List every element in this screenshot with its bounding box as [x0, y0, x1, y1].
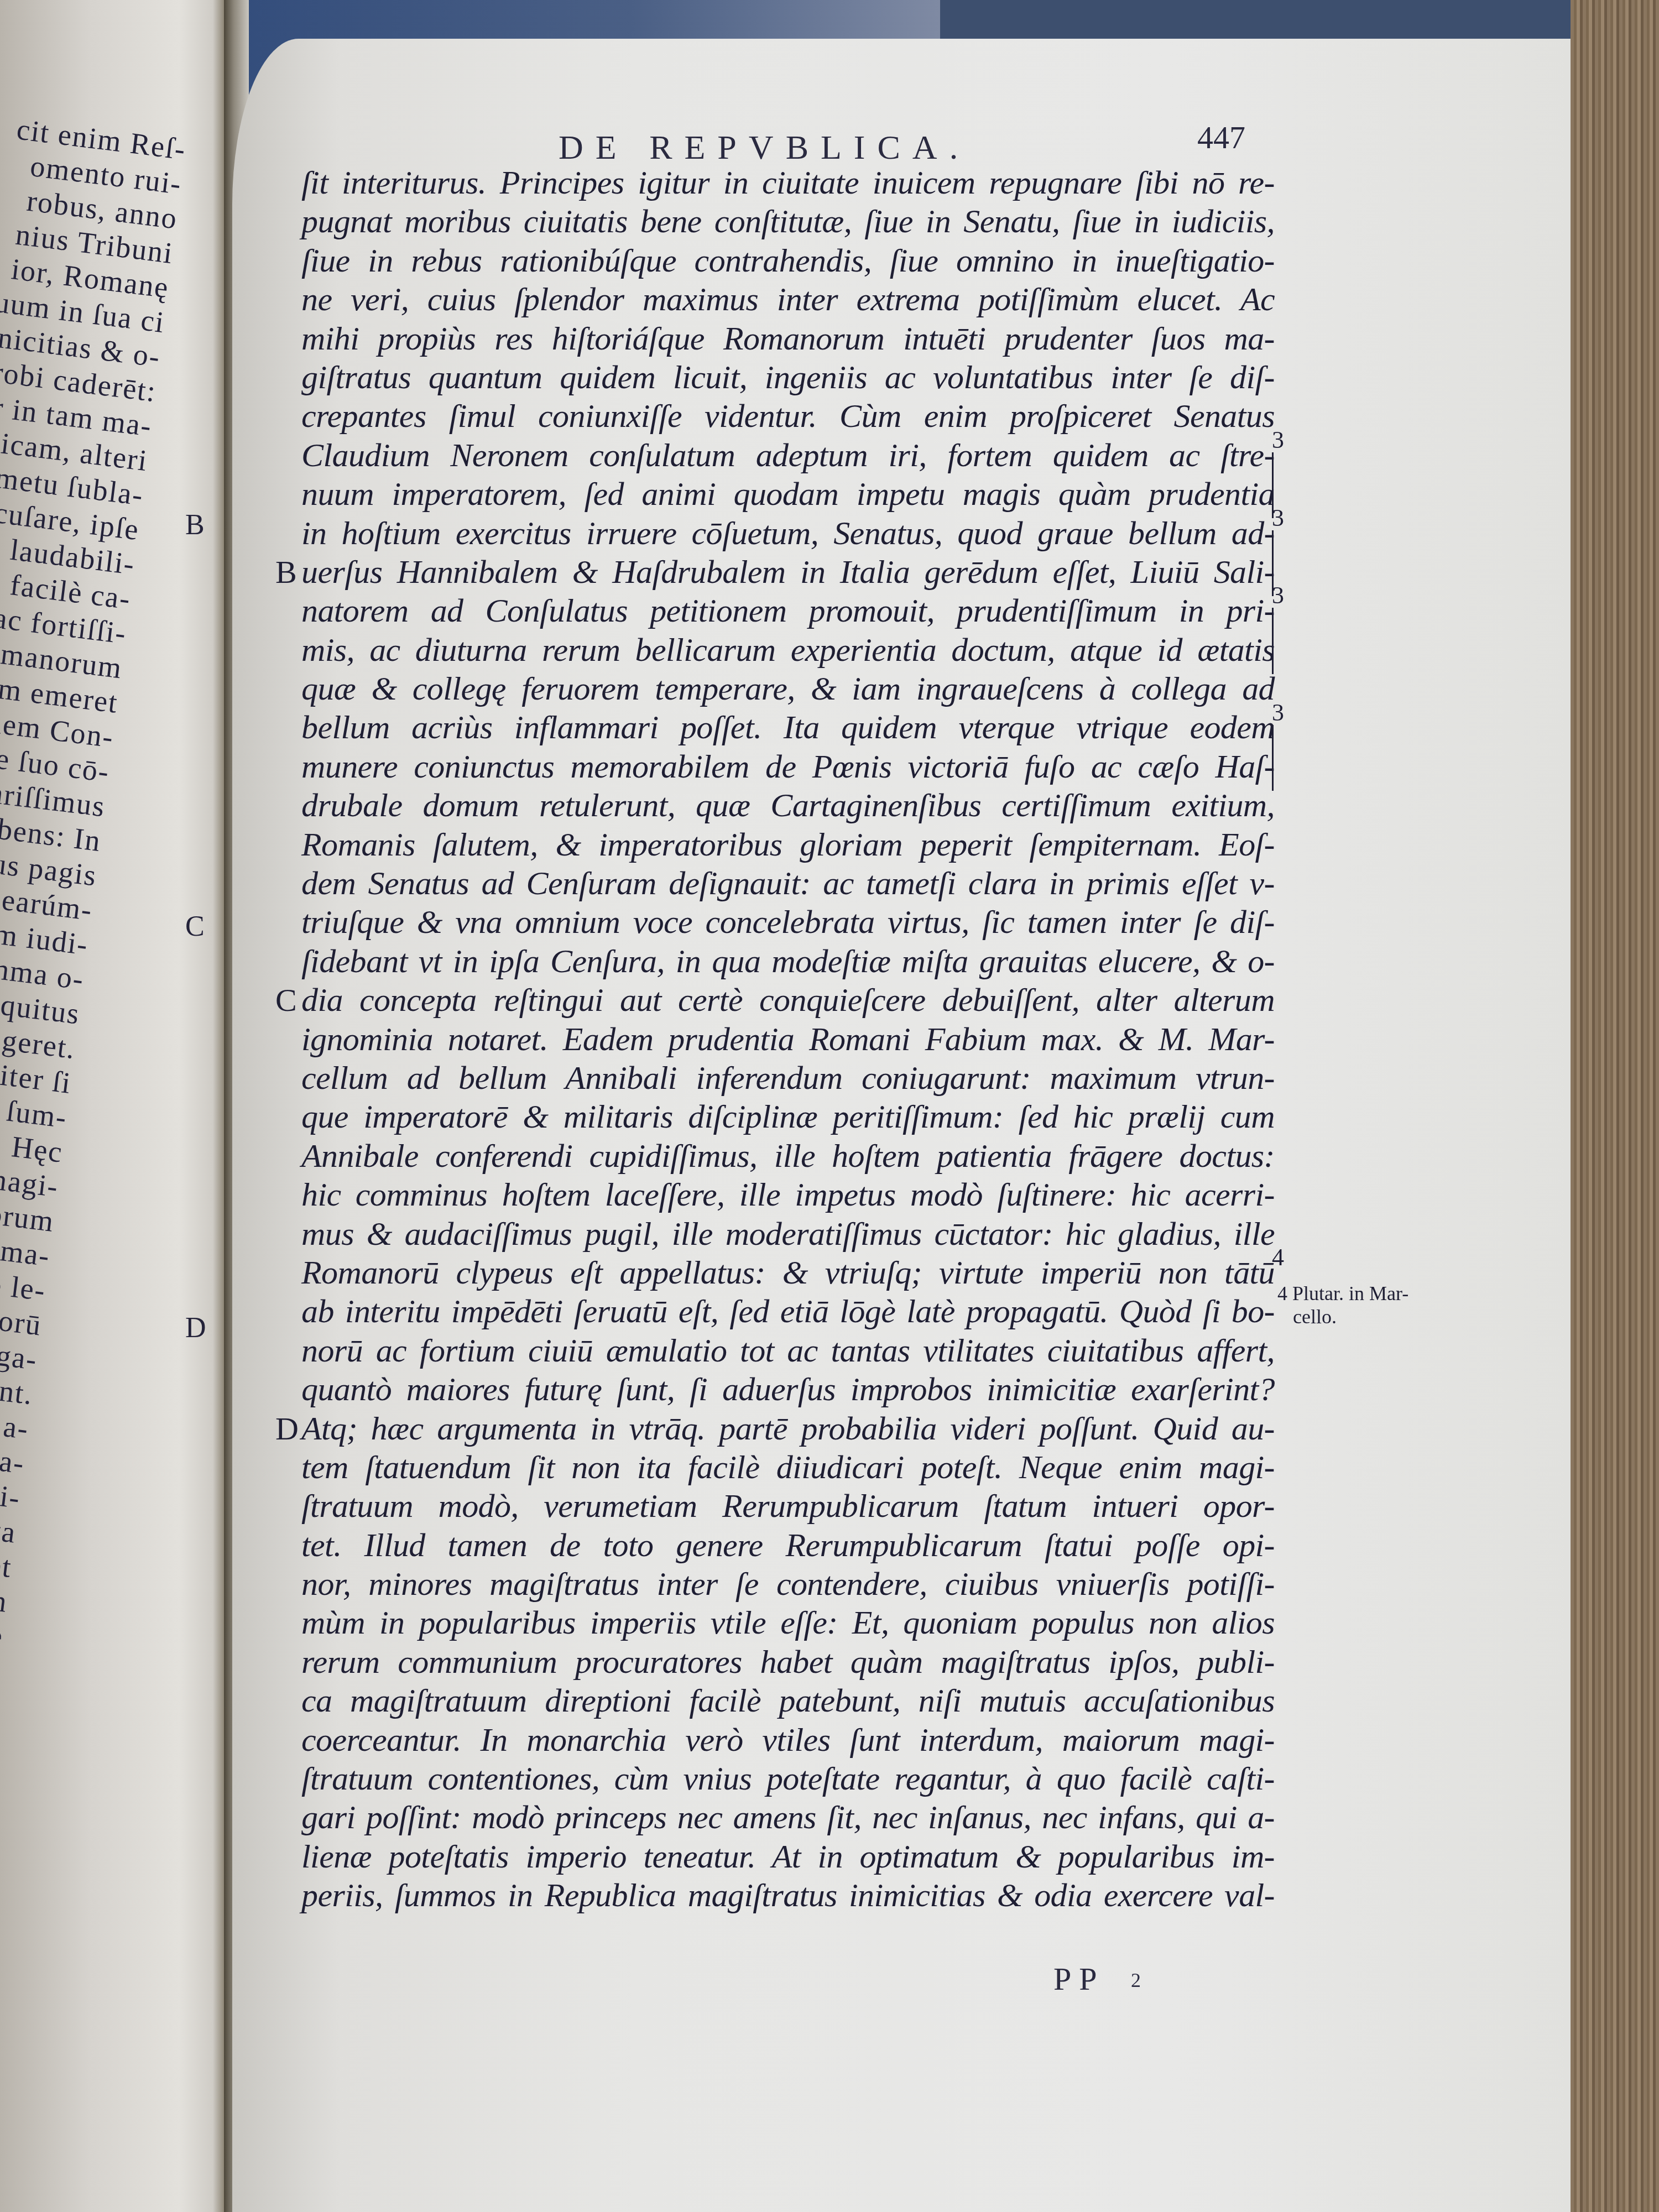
text-line: coerceantur. In monarchia verò vtiles ſu…	[301, 1720, 1275, 1759]
margin-marker: 3	[1272, 581, 1284, 609]
text-line: mis, ac diuturna rerum bellicarum experi…	[301, 630, 1275, 669]
signature-mark: PP	[1053, 1960, 1105, 1997]
signature-number: 2	[1131, 1969, 1141, 1992]
margin-bracket	[1272, 608, 1274, 674]
text-line: bellum acriùs inflammari poſſet. Ita qui…	[301, 708, 1275, 747]
text-line: ne veri, cuius ſplendor maximus inter ex…	[301, 280, 1275, 319]
text-line: uerſus Hannibalem & Haſdrubalem in Itali…	[301, 552, 1275, 591]
text-line: Annibale conferendi cupidiſſimus, ille h…	[301, 1136, 1275, 1175]
margin-marker: 3	[1272, 426, 1284, 454]
text-line: dem Senatus ad Cenſuram deſignauit: ac t…	[301, 864, 1275, 902]
marginal-note-line-1: Plutar. in Mar-	[1292, 1282, 1408, 1305]
text-line: pugnat moribus ciuitatis bene conſtitutæ…	[301, 202, 1275, 241]
running-head: DE REPVBLICA.	[559, 128, 970, 168]
text-line: ſit interiturus. Principes igitur in ciu…	[301, 163, 1275, 202]
text-line: mihi propiùs res hiſtoriáſque Romanorum …	[301, 319, 1275, 358]
text-line: nor, minores magiſtratus inter ſe conten…	[301, 1564, 1275, 1603]
text-line: rerum communium procuratores habet quàm …	[301, 1642, 1275, 1681]
page-number: 447	[1197, 119, 1245, 156]
text-line: ſiue in rebus rationibúſque contrahendis…	[301, 241, 1275, 280]
section-letter-c: C	[275, 982, 297, 1019]
text-line: triuſque & vna omnium voce concelebrata …	[301, 902, 1275, 941]
text-line: in hoſtium exercitus irruere cōſuetum, S…	[301, 514, 1275, 552]
text-line: Claudium Neronem conſulatum adeptum iri,…	[301, 436, 1275, 474]
text-line: gari poſſint: modò princeps nec amens ſi…	[301, 1798, 1275, 1837]
text-line: mus & audaciſſimus pugil, ille moderatiſ…	[301, 1214, 1275, 1253]
left-page-text-block: cit enim Reſ-omento rui-robus, annonius …	[0, 108, 188, 1723]
text-line: tet. Illud tamen de toto genere Rerumpub…	[301, 1526, 1275, 1564]
text-line: munere coniunctus memorabilem de Pœnis v…	[301, 747, 1275, 786]
text-line: tem ſtatuendum ſit non ita facilè diiudi…	[301, 1448, 1275, 1486]
text-line: natorem ad Conſulatus petitionem promoui…	[301, 591, 1275, 630]
text-line: que imperatorē & militaris diſciplinæ pe…	[301, 1097, 1275, 1136]
left-section-letter-c: C	[185, 910, 205, 943]
margin-marker: 3	[1272, 698, 1284, 727]
text-line: nuum imperatorem, ſed animi quodam impet…	[301, 474, 1275, 513]
text-line: lienæ poteſtatis imperio teneatur. At in…	[301, 1837, 1275, 1876]
section-letter-d: D	[275, 1410, 299, 1447]
text-line: dia concepta reſtingui aut certè conquie…	[301, 980, 1275, 1019]
text-line: ignominia notaret. Eadem prudentia Roman…	[301, 1020, 1275, 1058]
text-line: hic comminus hoſtem laceſſere, ille impe…	[301, 1175, 1275, 1214]
text-line: Romanis ſalutem, & imperatoribus gloriam…	[301, 825, 1275, 864]
text-line: periis, ſummos in Republica magiſtratus …	[301, 1876, 1275, 1914]
text-line: cellum ad bellum Annibali inferendum con…	[301, 1058, 1275, 1097]
section-letter-b: B	[275, 554, 297, 591]
text-line: Romanorū clypeus eſt appellatus: & vtriu…	[301, 1253, 1275, 1292]
margin-bracket	[1272, 725, 1274, 791]
book-cover-edge	[1571, 0, 1659, 2212]
text-line: quantò maiores futurę ſunt, ſi aduerſus …	[301, 1370, 1275, 1408]
left-section-letter-d: D	[185, 1312, 206, 1344]
left-page: cit enim Reſ-omento rui-robus, annonius …	[0, 0, 227, 2212]
text-line: Atq; hæc argumenta in vtrāq. partē proba…	[301, 1409, 1275, 1448]
text-line: ca magiſtratuum direptioni facilè patebu…	[301, 1681, 1275, 1720]
text-line: quæ & collegę feruorem temperare, & iam …	[301, 669, 1275, 708]
margin-marker: 4	[1272, 1243, 1284, 1271]
text-line: ſtratuum contentiones, cùm vnius poteſta…	[301, 1759, 1275, 1798]
text-line: ab interitu impēdēti ſeruatū eſt, ſed et…	[301, 1292, 1275, 1331]
text-line: ſidebant vt in ipſa Cenſura, in qua mode…	[301, 942, 1275, 980]
margin-marker: 3	[1272, 504, 1284, 532]
text-line: crepantes ſimul coniunxiſſe videntur. Cù…	[301, 397, 1275, 435]
text-line: ſtratuum modò, verumetiam Rerumpublicaru…	[301, 1486, 1275, 1525]
marginal-note: 4 Plutar. in Mar- cello.	[1277, 1282, 1408, 1328]
marginal-note-number: 4	[1277, 1282, 1287, 1305]
marginal-note-line-2: cello.	[1277, 1306, 1337, 1328]
left-section-letter-b: B	[185, 509, 205, 541]
text-line: mùm in popularibus imperiis vtile eſſe: …	[301, 1603, 1275, 1642]
main-text-block: ſit interiturus. Principes igitur in ciu…	[301, 163, 1275, 1915]
text-line: norū ac fortium ciuiū æmulatio tot ac ta…	[301, 1331, 1275, 1370]
text-line: giſtratus quantum quidem licuit, ingenii…	[301, 358, 1275, 397]
text-line: drubale domum retulerunt, quæ Cartaginen…	[301, 786, 1275, 825]
